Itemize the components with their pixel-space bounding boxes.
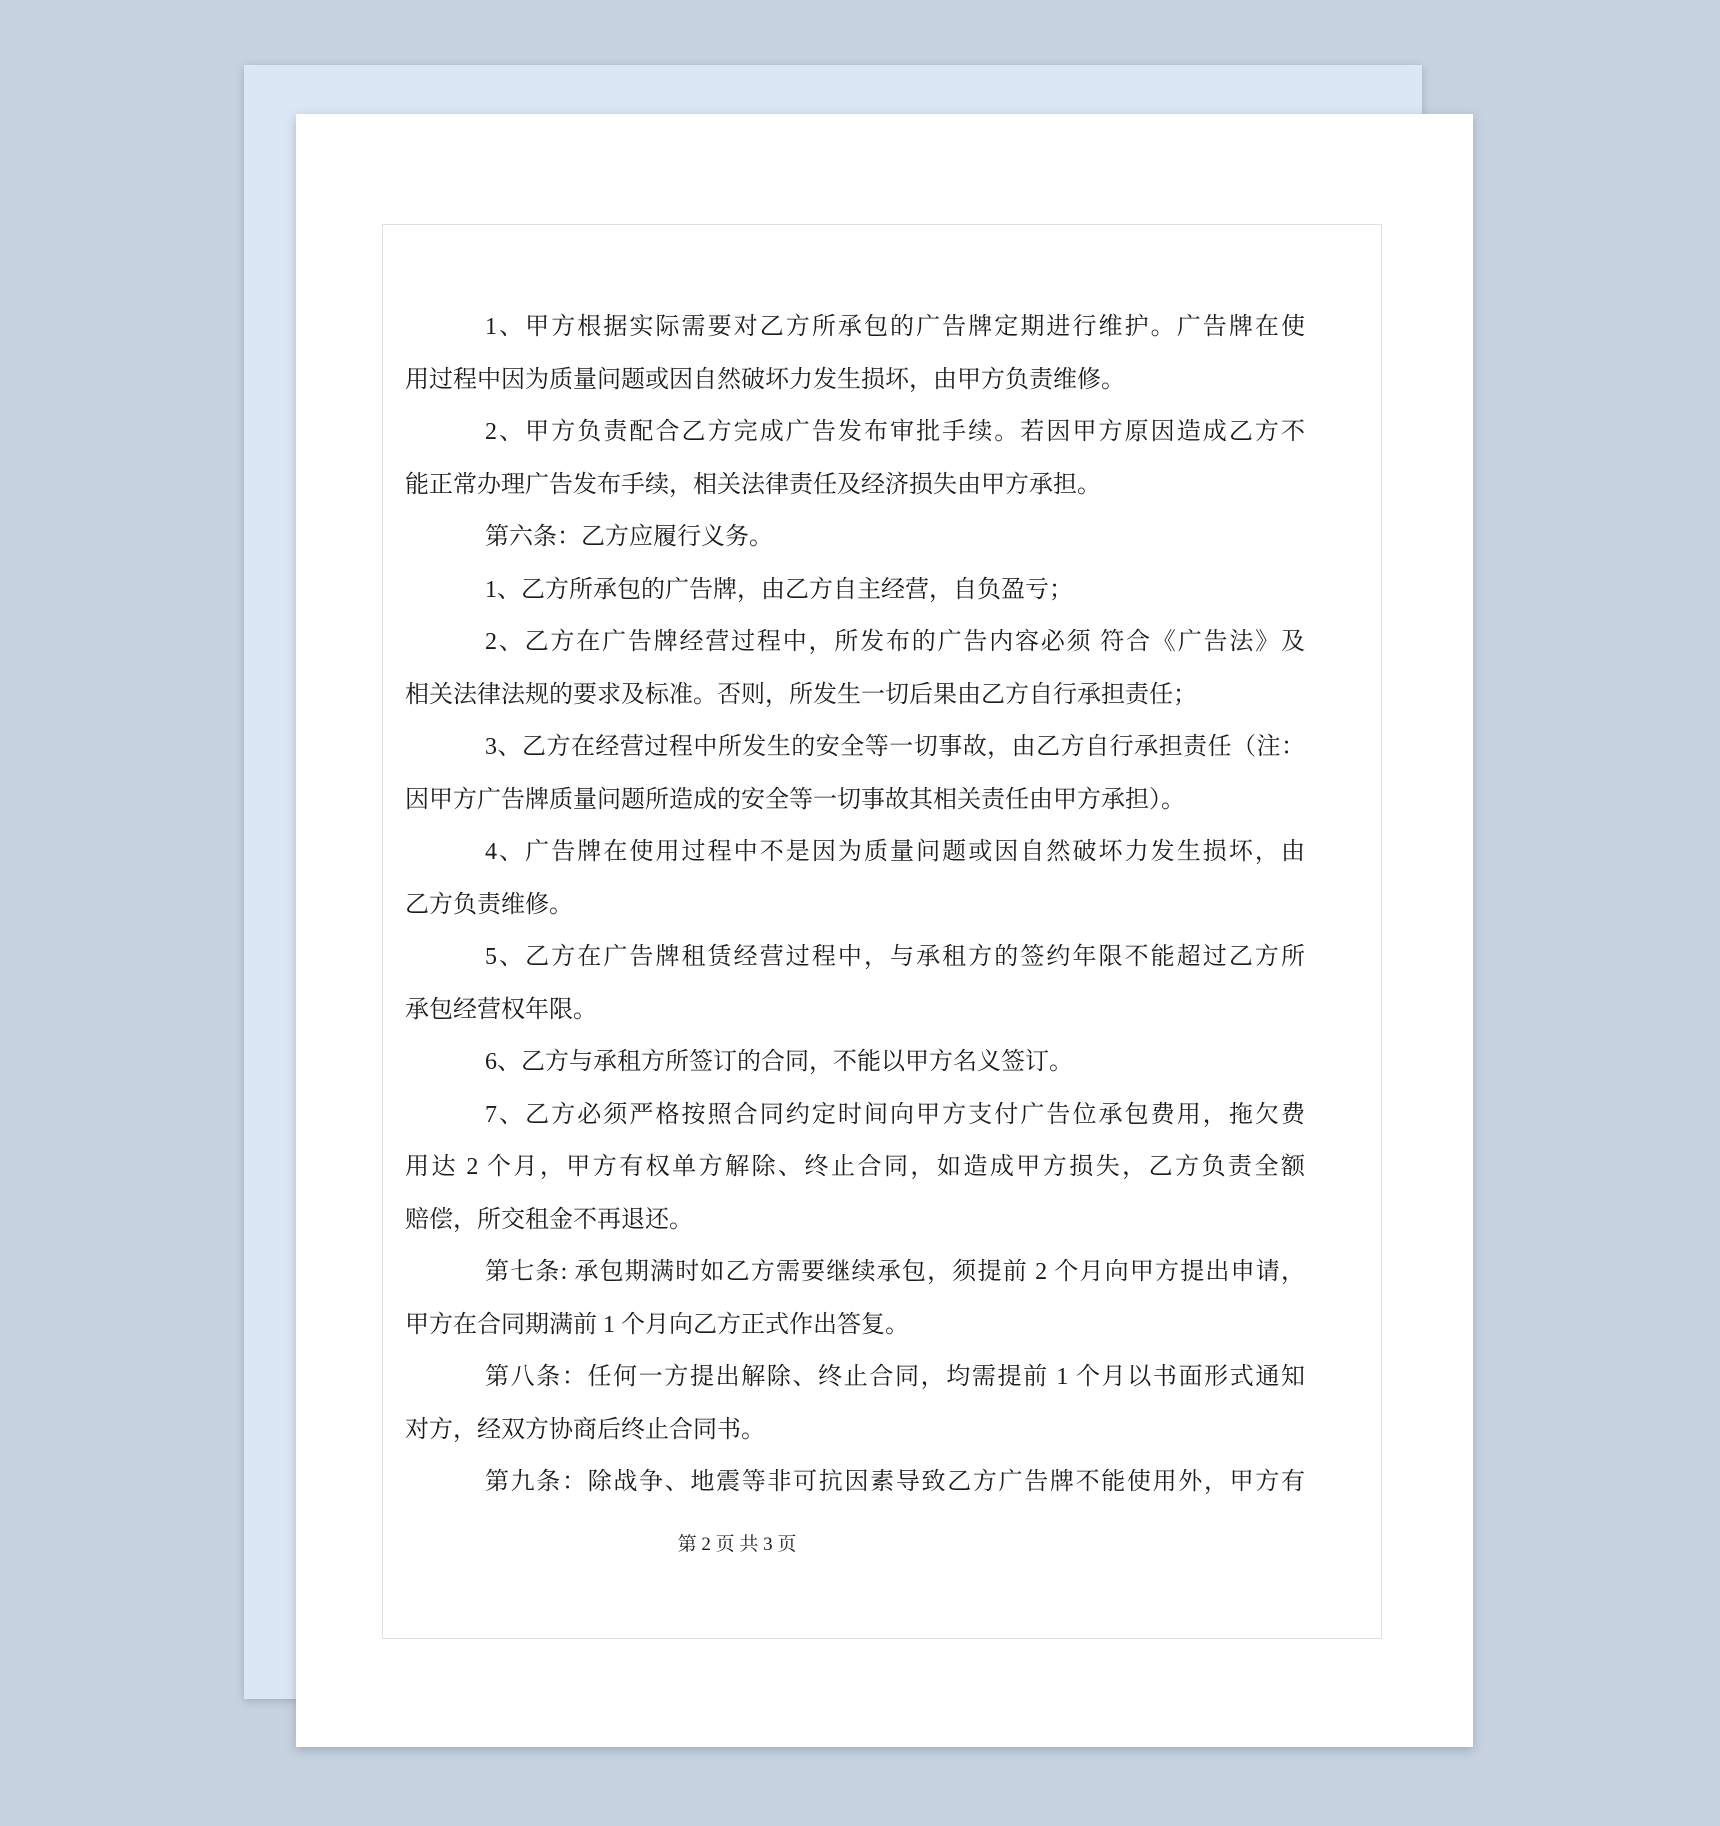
text-line: 2、乙方在广告牌经营过程中，所发布的广告内容必须 符合《广告法》及 — [405, 616, 1305, 669]
text-line: 6、乙方与承租方所签订的合同，不能以甲方名义签订。 — [405, 1036, 1305, 1089]
text-line: 甲方在合同期满前 1 个月向乙方正式作出答复。 — [405, 1299, 1305, 1352]
document-page: 1、甲方根据实际需要对乙方所承包的广告牌定期进行维护。广告牌在使用过程中因为质量… — [296, 114, 1473, 1747]
text-line: 第六条：乙方应履行义务。 — [405, 511, 1305, 564]
text-line: 第九条：除战争、地震等非可抗因素导致乙方广告牌不能使用外，甲方有 — [405, 1456, 1305, 1509]
text-line: 2、甲方负责配合乙方完成广告发布审批手续。若因甲方原因造成乙方不 — [405, 406, 1305, 459]
text-line: 5、乙方在广告牌租赁经营过程中，与承租方的签约年限不能超过乙方所 — [405, 931, 1305, 984]
text-line: 用达 2 个月，甲方有权单方解除、终止合同，如造成甲方损失，乙方负责全额 — [405, 1141, 1305, 1194]
text-line: 7、乙方必须严格按照合同约定时间向甲方支付广告位承包费用，拖欠费 — [405, 1089, 1305, 1142]
text-line: 1、乙方所承包的广告牌，由乙方自主经营，自负盈亏； — [405, 564, 1305, 617]
text-line: 乙方负责维修。 — [405, 879, 1305, 932]
text-line: 第七条: 承包期满时如乙方需要继续承包，须提前 2 个月向甲方提出申请， — [405, 1246, 1305, 1299]
text-line: 因甲方广告牌质量问题所造成的安全等一切事故其相关责任由甲方承担）。 — [405, 774, 1305, 827]
text-line: 1、甲方根据实际需要对乙方所承包的广告牌定期进行维护。广告牌在使 — [405, 301, 1305, 354]
page-number-text: 第 2 页 共 3 页 — [678, 1534, 797, 1555]
text-line: 第八条：任何一方提出解除、终止合同，均需提前 1 个月以书面形式通知 — [405, 1351, 1305, 1404]
text-line: 3、乙方在经营过程中所发生的安全等一切事故，由乙方自行承担责任（注： — [405, 721, 1305, 774]
page-number-footer: 第 2 页 共 3 页 — [296, 1532, 1178, 1558]
text-line: 赔偿，所交租金不再退还。 — [405, 1194, 1305, 1247]
text-line: 承包经营权年限。 — [405, 984, 1305, 1037]
text-line: 对方，经双方协商后终止合同书。 — [405, 1404, 1305, 1457]
text-line: 相关法律法规的要求及标准。否则，所发生一切后果由乙方自行承担责任； — [405, 669, 1305, 722]
text-line: 能正常办理广告发布手续，相关法律责任及经济损失由甲方承担。 — [405, 459, 1305, 512]
document-text: 1、甲方根据实际需要对乙方所承包的广告牌定期进行维护。广告牌在使用过程中因为质量… — [405, 301, 1305, 1509]
text-line: 用过程中因为质量问题或因自然破坏力发生损坏，由甲方负责维修。 — [405, 354, 1305, 407]
text-line: 4、广告牌在使用过程中不是因为质量问题或因自然破坏力发生损坏，由 — [405, 826, 1305, 879]
